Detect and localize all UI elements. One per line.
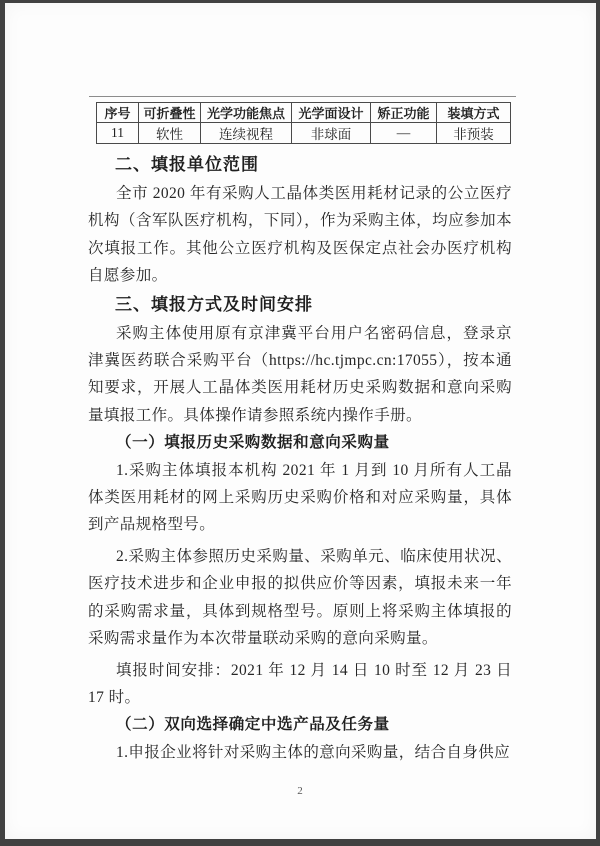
subsection-heading-1: （一）填报历史采购数据和意向采购量 [88, 429, 512, 456]
table-header-cell: 装填方式 [437, 103, 511, 123]
table-header-cell: 光学功能焦点 [201, 103, 292, 123]
page-content: 序号 可折叠性 光学功能焦点 光学面设计 矫正功能 装填方式 11 软性 连续视… [5, 3, 596, 797]
table-header-cell: 序号 [97, 103, 139, 123]
table-cell: 11 [97, 123, 139, 144]
table-header-row: 序号 可折叠性 光学功能焦点 光学面设计 矫正功能 装填方式 [97, 103, 511, 123]
page-number: 2 [88, 785, 512, 797]
table-cell: 非预装 [437, 123, 511, 144]
paragraph-history-data: 1.采购主体填报本机构 2021 年 1 月到 10 月所有人工晶体类医用耗材的… [88, 457, 512, 539]
table-header-cell: 可折叠性 [139, 103, 201, 123]
paragraph-platform-login: 采购主体使用原有京津冀平台用户名密码信息，登录京津冀医药联合采购平台（https… [88, 320, 512, 430]
table-continuation-line [89, 96, 516, 97]
paragraph-reporting-scope: 全市 2020 年有采购人工晶体类医用耗材记录的公立医疗机构（含军队医疗机构，下… [88, 180, 512, 290]
document-page: 序号 可折叠性 光学功能焦点 光学面设计 矫正功能 装填方式 11 软性 连续视… [5, 3, 596, 839]
iol-product-spec-table: 序号 可折叠性 光学功能焦点 光学面设计 矫正功能 装填方式 11 软性 连续视… [96, 102, 511, 144]
table-cell: 非球面 [292, 123, 371, 144]
subsection-heading-2: （二）双向选择确定中选产品及任务量 [88, 711, 512, 738]
table-cell: — [371, 123, 437, 144]
paragraph-schedule: 填报时间安排：2021 年 12 月 14 日 10 时至 12 月 23 日 … [88, 657, 512, 712]
table-cell: 连续视程 [201, 123, 292, 144]
paragraph-enterprise-response: 1.申报企业将针对采购主体的意向采购量，结合自身供应 [88, 739, 512, 766]
paragraph-demand-quantity: 2.采购主体参照历史采购量、采购单元、临床使用状况、医疗技术进步和企业申报的拟供… [88, 543, 512, 653]
table-header-cell: 光学面设计 [292, 103, 371, 123]
table-header-cell: 矫正功能 [371, 103, 437, 123]
table-cell: 软性 [139, 123, 201, 144]
scan-frame: 序号 可折叠性 光学功能焦点 光学面设计 矫正功能 装填方式 11 软性 连续视… [0, 0, 600, 846]
section-heading-2: 二、填报单位范围 [88, 152, 512, 178]
table-row: 11 软性 连续视程 非球面 — 非预装 [97, 123, 511, 144]
section-heading-3: 三、填报方式及时间安排 [88, 292, 512, 318]
